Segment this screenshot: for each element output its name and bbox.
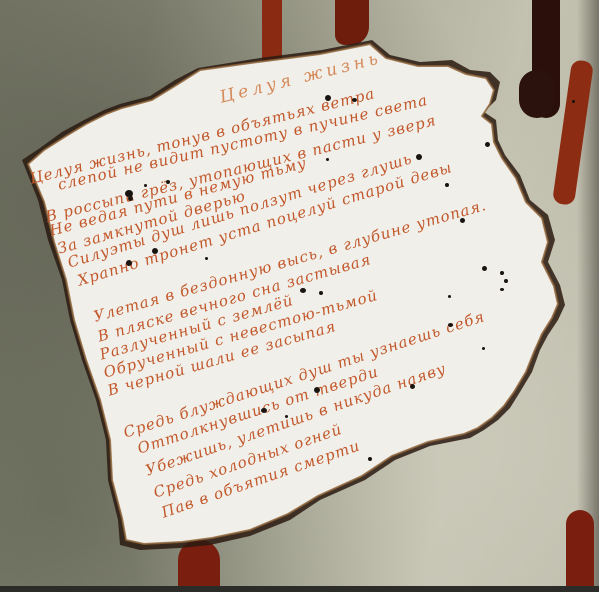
burn-hole bbox=[319, 291, 323, 295]
burn-hole bbox=[126, 260, 132, 266]
burned-paper bbox=[0, 0, 599, 592]
burn-hole bbox=[144, 184, 147, 187]
burn-hole bbox=[205, 257, 208, 260]
burn-hole bbox=[285, 415, 288, 418]
paper-shape bbox=[0, 0, 599, 592]
burn-hole bbox=[261, 408, 267, 413]
burn-hole bbox=[128, 196, 133, 201]
burn-hole bbox=[410, 384, 415, 389]
burn-hole bbox=[460, 218, 465, 223]
burn-hole bbox=[448, 323, 453, 327]
burn-hole bbox=[448, 295, 451, 298]
burn-hole bbox=[504, 279, 508, 283]
burn-hole bbox=[300, 288, 306, 293]
burn-hole bbox=[152, 248, 158, 254]
burn-hole bbox=[314, 387, 320, 393]
burn-hole bbox=[445, 183, 449, 187]
burn-hole bbox=[500, 271, 504, 275]
burn-hole bbox=[572, 100, 575, 103]
burn-hole bbox=[482, 266, 487, 271]
burn-hole bbox=[500, 288, 504, 291]
burn-hole bbox=[485, 142, 490, 147]
burn-hole bbox=[352, 98, 357, 102]
burn-hole bbox=[368, 457, 372, 461]
burn-hole bbox=[482, 347, 485, 350]
burn-hole bbox=[325, 95, 331, 101]
burn-hole bbox=[166, 180, 170, 184]
burn-hole bbox=[326, 158, 329, 161]
burn-hole bbox=[416, 154, 422, 160]
